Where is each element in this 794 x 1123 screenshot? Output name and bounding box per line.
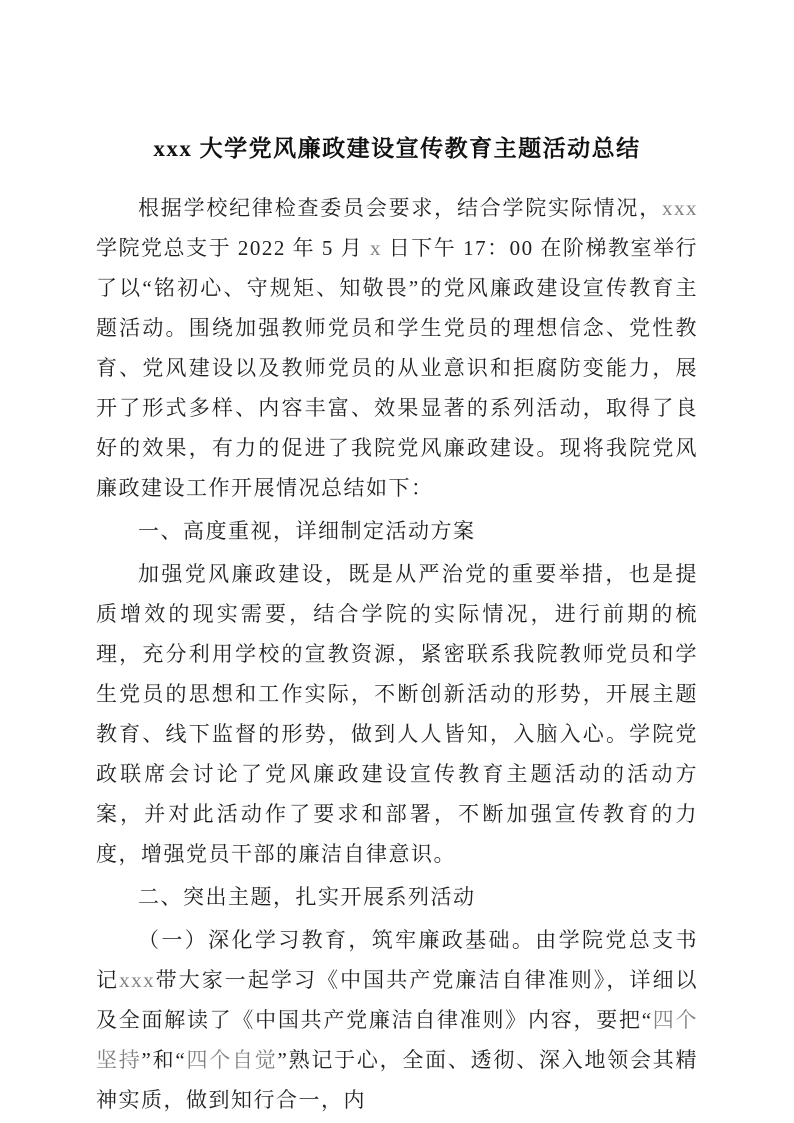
placeholder-text: x [370,236,382,260]
text-run: 带大家一起学习《中国共产党廉洁自律准则》，详细以及全面解读了《中国共产党廉洁自律… [96,968,698,1032]
document-body: 根据学校纪律检查委员会要求，结合学院实际情况，xxx 学院党总支于 2022 年… [96,188,698,1120]
section-heading: 一、高度重视，详细制定活动方案 [96,511,698,551]
text-run: 一、高度重视，详细制定活动方案 [138,519,476,543]
text-run: 根据学校纪律检查委员会要求，结合学院实际情况， [138,196,662,220]
text-run: 加强党风廉政建设，既是从严治党的重要举措，也是提质增效的现实需要，结合学院的实际… [96,562,698,866]
text-run: 二、突出主题，扎实开展系列活动 [138,885,476,909]
placeholder-text: 四个自觉 [186,1048,277,1072]
document-title: xxx 大学党风廉政建设宣传教育主题活动总结 [0,0,794,164]
document-page: xxx 大学党风廉政建设宣传教育主题活动总结 根据学校纪律检查委员会要求，结合学… [0,0,794,1123]
body-paragraph: （一）深化学习教育，筑牢廉政基础。由学院党总支书记xxx带大家一起学习《中国共产… [96,920,698,1120]
text-run: ”和“ [142,1048,187,1072]
section-heading: 二、突出主题，扎实开展系列活动 [96,877,698,917]
text-run: 学院党总支于 2022 年 5 月 [96,236,370,260]
placeholder-text: xxx [119,968,155,992]
body-paragraph: 根据学校纪律检查委员会要求，结合学院实际情况，xxx 学院党总支于 2022 年… [96,188,698,508]
body-paragraph: 加强党风廉政建设，既是从严治党的重要举措，也是提质增效的现实需要，结合学院的实际… [96,554,698,874]
text-run: 日下午 17：00 在阶梯教室举行了以“铭初心、守规矩、知敬畏”的党风廉政建设宣… [96,236,698,500]
placeholder-text: xxx [662,196,698,220]
